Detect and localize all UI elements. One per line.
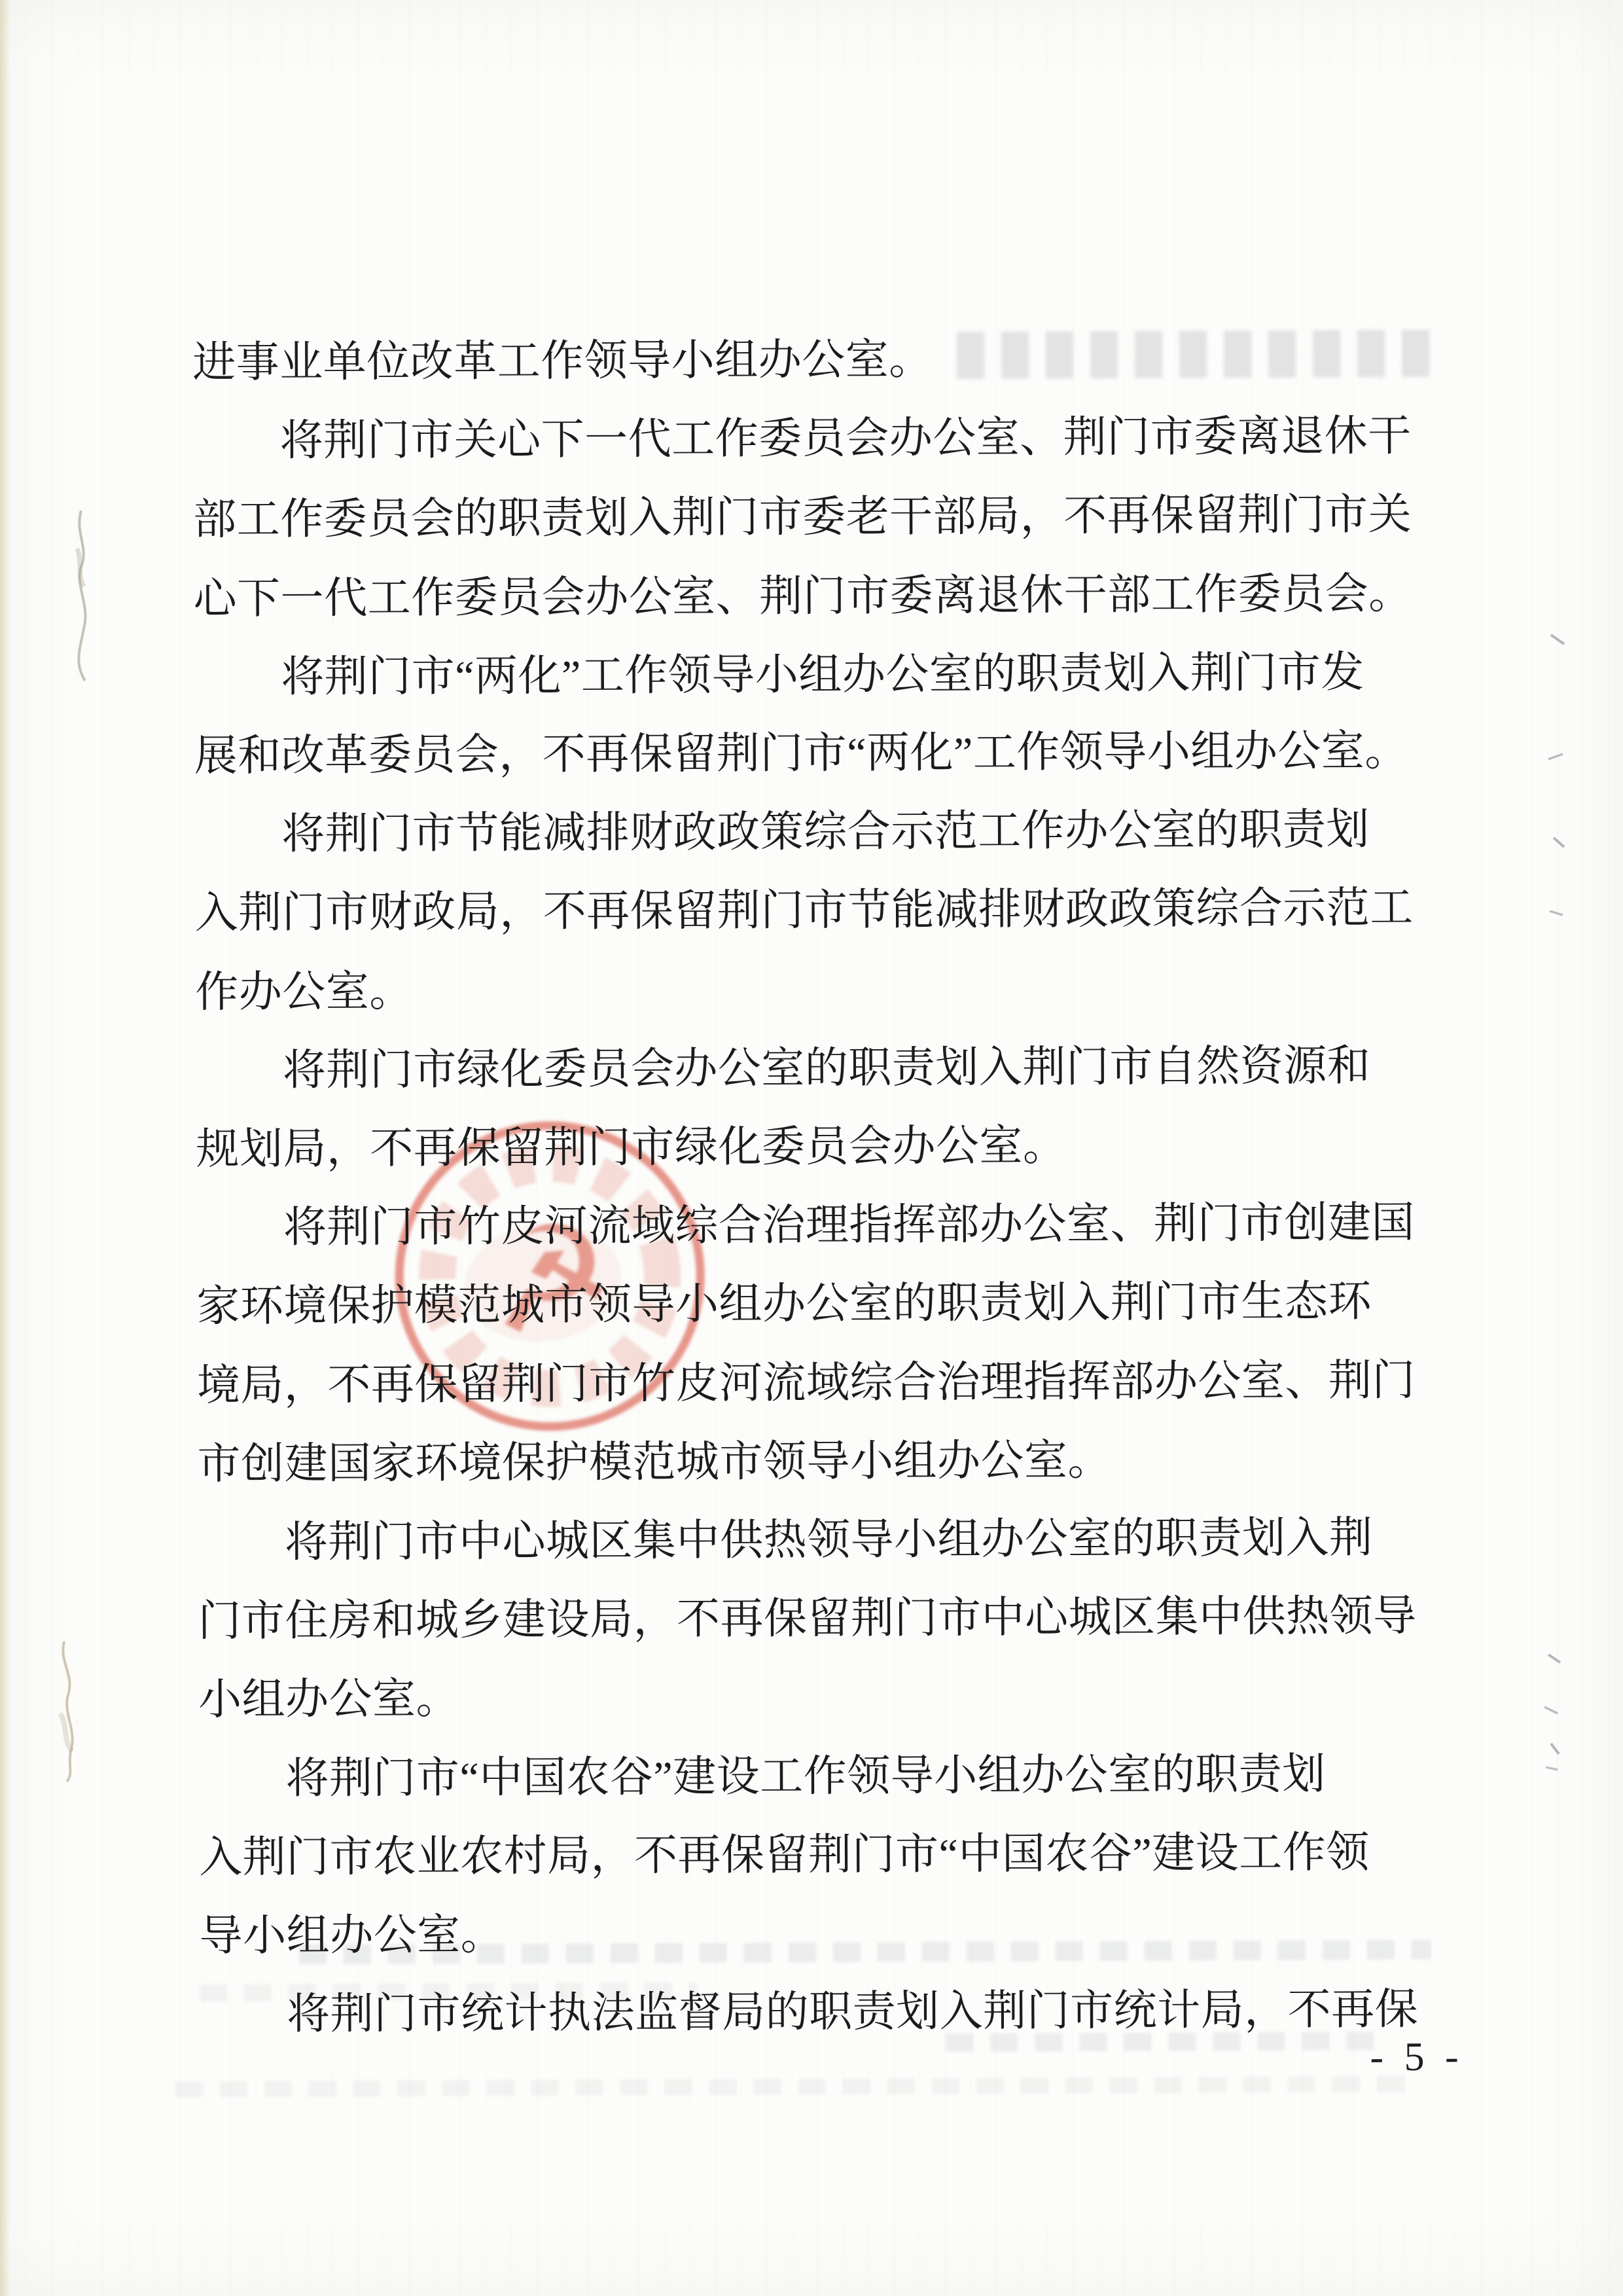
- document-content: 进事业单位改革工作领导小组办公室。将荆门市关心下一代工作委员会办公室、荆门市委离…: [0, 0, 1623, 2296]
- text-line: 将荆门市关心下一代工作委员会办公室、荆门市委离退休干: [279, 401, 1411, 478]
- text-line: 进事业单位改革工作领导小组办公室。: [192, 324, 933, 399]
- text-line: 将荆门市“中国农谷”建设工作领导小组办公室的职责划: [285, 1738, 1326, 1815]
- text-line: 市创建国家环境保护模范城市领导小组办公室。: [197, 1425, 1111, 1501]
- text-line: 小组办公室。: [198, 1663, 459, 1736]
- text-line: 将荆门市竹皮河流域综合治理指挥部办公室、荆门市创建国: [283, 1187, 1415, 1265]
- text-line: 境局，不再保留荆门市竹皮河流域综合治理指挥部办公室、荆门: [197, 1345, 1416, 1422]
- text-line: 将荆门市绿化委员会办公室的职责划入荆门市自然资源和: [283, 1030, 1371, 1107]
- text-line: 入荆门市财政局，不再保留荆门市节能减排财政政策综合示范工: [195, 872, 1414, 950]
- text-line: 入荆门市农业农村局，不再保留荆门市“中国农谷”建设工作领: [199, 1817, 1370, 1894]
- body-text: 进事业单位改革工作领导小组办公室。将荆门市关心下一代工作委员会办公室、荆门市委离…: [0, 0, 1618, 1]
- text-line: 部工作委员会的职责划入荆门市委老干部局，不再保留荆门市关: [193, 479, 1412, 556]
- text-line: 家环境保护模范城市领导小组办公室的职责划入荆门市生态环: [196, 1266, 1372, 1343]
- scan-edge-shadow: [0, 0, 10, 2296]
- text-line: 心下一代工作委员会办公室、荆门市委离退休干部工作委员会。: [193, 558, 1412, 636]
- bleedthrough-text-artifact: [957, 330, 1436, 379]
- page-number: - 5 -: [1370, 2034, 1464, 2081]
- text-line: 将荆门市“两化”工作领导小组办公室的职责划入荆门市发: [281, 637, 1364, 713]
- text-line: 作办公室。: [195, 956, 413, 1029]
- margin-pencil-marks: [1539, 1644, 1578, 1782]
- text-line: 导小组办公室。: [199, 1899, 504, 1973]
- text-line: 将荆门市节能减排财政政策综合示范工作办公室的职责划: [281, 794, 1370, 870]
- text-line: 将荆门市中心城区集中供热领导小组办公室的职责划入荆: [285, 1502, 1373, 1579]
- paper-crease-artifact: [41, 1635, 106, 1785]
- text-line: 门市住房和城乡建设局，不再保留荆门市中心城区集中供热领导: [198, 1581, 1416, 1658]
- text-line: 展和改革委员会，不再保留荆门市“两化”工作领导小组办公室。: [194, 715, 1409, 793]
- text-line: 将荆门市统计执法监督局的职责划入荆门市统计局，不再保: [287, 1974, 1418, 2051]
- bleedthrough-text-artifact: [175, 2076, 1412, 2097]
- scanned-document-page: 进事业单位改革工作领导小组办公室。将荆门市关心下一代工作委员会办公室、荆门市委离…: [0, 0, 1623, 2296]
- margin-pencil-marks: [1543, 620, 1582, 941]
- paper-crease-artifact: [51, 503, 123, 692]
- text-line: 规划局，不再保留荆门市绿化委员会办公室。: [196, 1110, 1066, 1186]
